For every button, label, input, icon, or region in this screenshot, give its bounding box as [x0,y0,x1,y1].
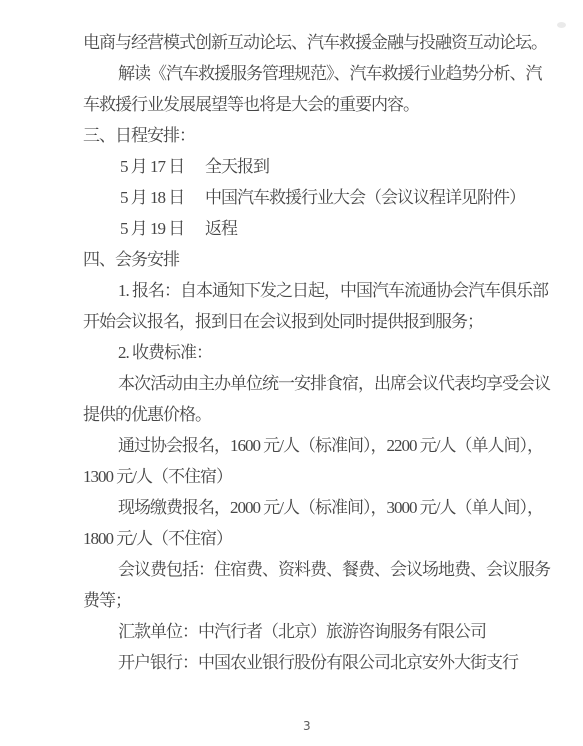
schedule-row: 5 月 19 日返程 [0,213,583,244]
document-text-block: 电商与经营模式创新互动论坛、汽车救援金融与投融资互动论坛。 解读《汽车救援服务管… [0,27,583,678]
section-heading-schedule: 三、日程安排： [0,120,583,151]
paragraph-line: 2. 收费标准： [0,337,583,368]
bank-line: 开户银行：中国农业银行股份有限公司北京安外大街支行 [0,647,583,678]
schedule-activity: 全天报到 [205,157,269,176]
schedule-row: 5 月 18 日中国汽车救援行业大会（会议议程详见附件） [0,182,583,213]
schedule-activity: 中国汽车救援行业大会（会议议程详见附件） [205,188,525,207]
section-heading-logistics: 四、会务安排 [0,244,583,275]
remittance-line: 汇款单位：中汽行者（北京）旅游咨询服务有限公司 [0,616,583,647]
paragraph-line: 电商与经营模式创新互动论坛、汽车救援金融与投融资互动论坛。 [0,27,583,58]
schedule-date: 5 月 18 日 [120,182,205,213]
page-number: 3 [303,719,311,733]
price-line: 1800 元/人（不住宿） [0,523,583,554]
price-line: 现场缴费报名，2000 元/人（标准间），3000 元/人（单人间）， [0,492,583,523]
price-line: 1300 元/人（不住宿） [0,461,583,492]
schedule-date: 5 月 19 日 [120,213,205,244]
schedule-date: 5 月 17 日 [120,151,205,182]
paragraph-line: 费等； [0,585,583,616]
price-line: 通过协会报名，1600 元/人（标准间），2200 元/人（单人间）， [0,430,583,461]
paragraph-line: 提供的优惠价格。 [0,399,583,430]
paragraph-line: 本次活动由主办单位统一安排食宿，出席会议代表均享受会议 [0,368,583,399]
paragraph-line: 解读《汽车救援服务管理规范》、汽车救援行业趋势分析、汽 [0,58,583,89]
paragraph-line: 1. 报名：自本通知下发之日起，中国汽车流通协会汽车俱乐部 [0,275,583,306]
schedule-activity: 返程 [205,219,237,238]
schedule-row: 5 月 17 日全天报到 [0,151,583,182]
document-page: 电商与经营模式创新互动论坛、汽车救援金融与投融资互动论坛。 解读《汽车救援服务管… [0,0,583,746]
paragraph-line: 会议费包括：住宿费、资料费、餐费、会议场地费、会议服务 [0,554,583,585]
paragraph-line: 车救援行业发展展望等也将是大会的重要内容。 [0,89,583,120]
paragraph-line: 开始会议报名，报到日在会议报到处同时提供报到服务； [0,306,583,337]
